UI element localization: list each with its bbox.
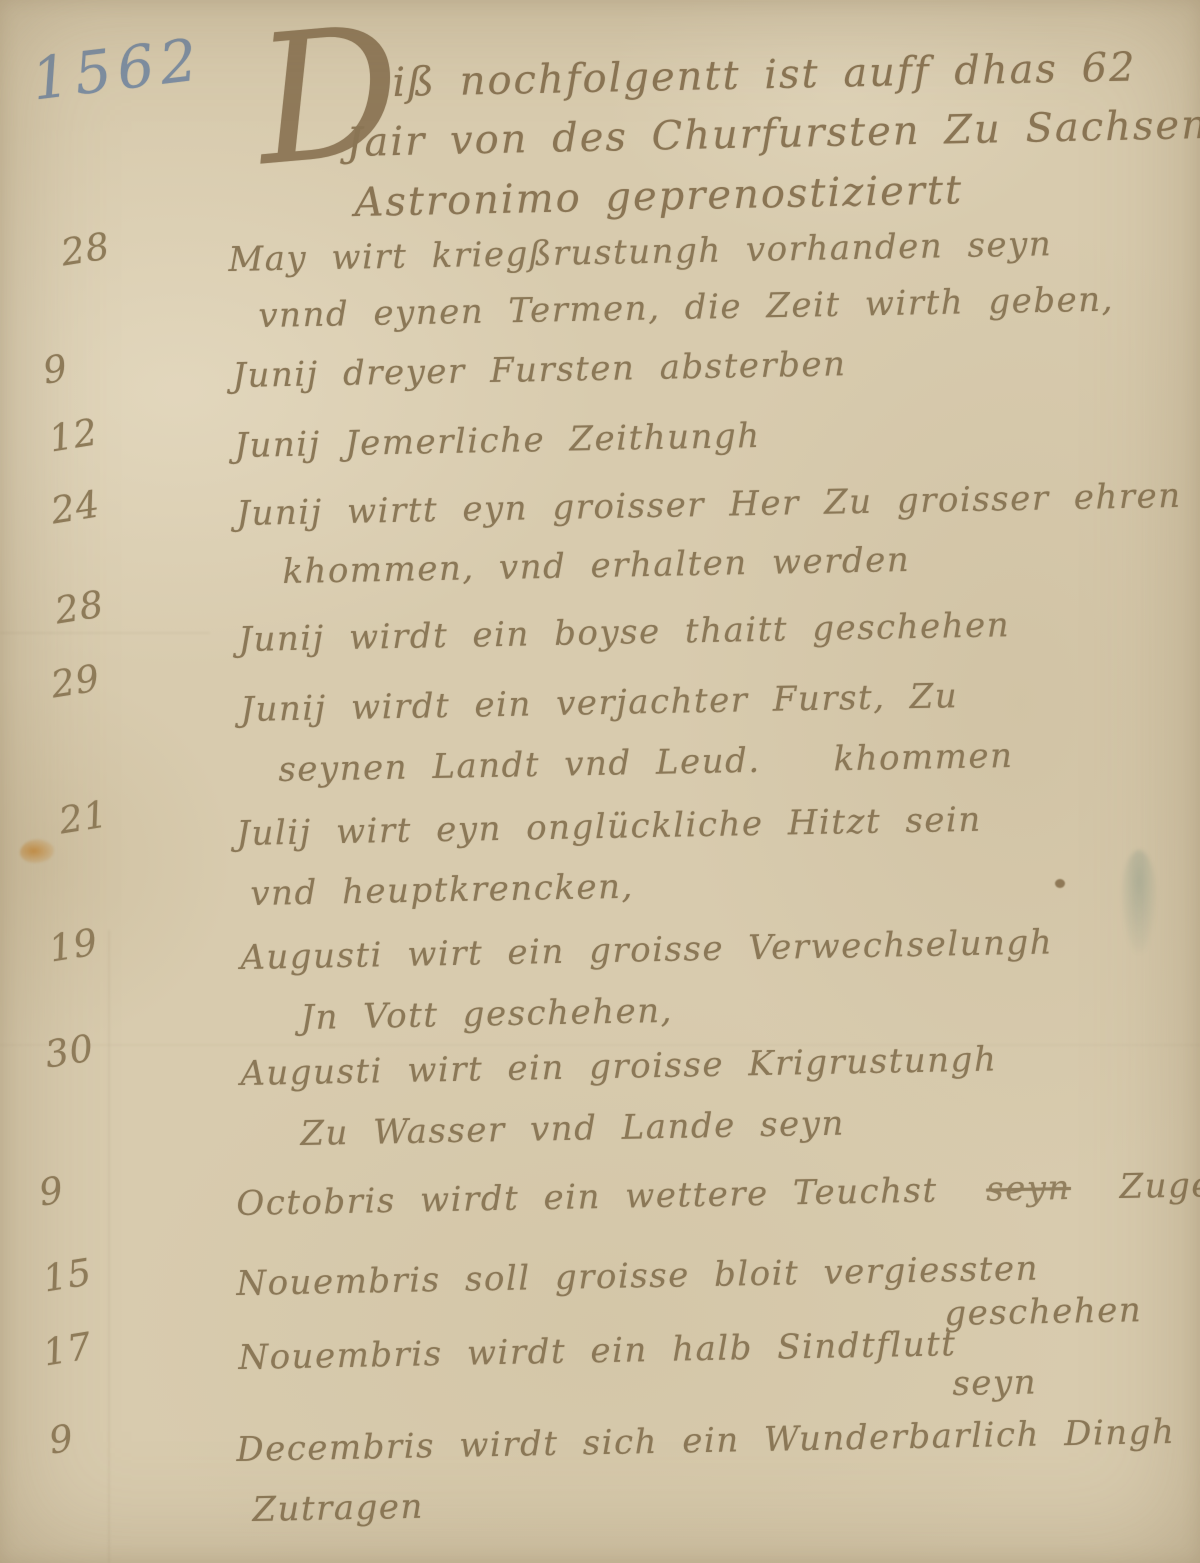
rust-stain [20, 839, 54, 863]
entry-text: Julij wirt eyn onglückliche Hitzt sein [236, 800, 982, 854]
entry-text: Nouembris soll groisse bloit vergiessten [236, 1249, 1039, 1304]
header-line-2: Jair von des Churfursten Zu Sachsenn [346, 101, 1200, 166]
entry-text-2: vnd heuptkrencken, [250, 867, 634, 914]
entry-text: Augusti wirt ein groisse Verwechselungh [240, 922, 1053, 978]
entry-day: 9 [40, 346, 71, 392]
entry-day: 9 [46, 1416, 77, 1462]
entry-text: Junij wirdt ein boyse thaitt geschehen [238, 605, 1010, 660]
entry-text: Augusti wirt ein groisse Krigrustungh [240, 1039, 998, 1094]
fold-crease-left [0, 632, 210, 634]
entry-text-2: khommen, vnd erhalten werden [282, 540, 911, 592]
entry-text-2: Zutragen [252, 1487, 424, 1530]
teal-smudge [1121, 850, 1157, 954]
entry-day: 29 [48, 656, 103, 706]
entry-day: 12 [46, 410, 101, 460]
entry-text-pre: Octobris wirdt ein wettere Teuchst [236, 1171, 938, 1224]
entry-text: Junij dreyer Fursten absterben [232, 344, 847, 396]
entry-text-post: Zugehen [1119, 1164, 1200, 1207]
header-line-3: Astronimo geprenostiziertt [354, 167, 964, 226]
entry-text: Junij wirdt ein verjachter Furst, Zu [240, 676, 959, 730]
manuscript-page: 1562 D iß nochfolgentt ist auff dhas 62 … [0, 0, 1200, 1563]
entry-day: 17 [40, 1324, 95, 1374]
entry-day: 21 [56, 792, 111, 842]
entry-text: May wirt kriegßrustungh vorhanden seyn [228, 224, 1053, 280]
entry-text: Nouembris wirdt ein halb Sindtflutt [238, 1324, 957, 1378]
entry-trailing: seyn [952, 1362, 1037, 1404]
ink-dot [1055, 879, 1065, 888]
entry-text-2: Jn Vott geschehen, [300, 991, 673, 1038]
fold-crease-vertical [108, 930, 110, 1563]
entry-text: Junij Jemerliche Zeithungh [234, 416, 761, 466]
entry-day: 9 [36, 1168, 67, 1214]
year-annotation: 1562 [28, 25, 207, 113]
struck-word: seyn [986, 1168, 1071, 1210]
entry-text-2: vnnd eynen Termen, die Zeit wirth geben, [258, 280, 1114, 336]
entry-day: 24 [48, 482, 103, 532]
entry-day: 15 [40, 1250, 95, 1300]
entry-text-2: Zu Wasser vnd Lande seyn [300, 1104, 845, 1154]
entry-text-2: seynen Landt vnd Leud. khommen [278, 736, 1014, 790]
entry-text: Junij wirtt eyn groisser Her Zu groisser… [236, 476, 1182, 534]
entry-day: 28 [58, 224, 113, 274]
entry-trailing: geschehen [944, 1290, 1143, 1334]
entry-day: 30 [42, 1026, 97, 1076]
entry-text: Decembris wirdt sich ein Wunderbarlich D… [236, 1412, 1176, 1470]
header-line-1: iß nochfolgentt ist auff dhas 62 [392, 44, 1137, 106]
entry-day: 28 [52, 582, 107, 632]
entry-day: 19 [46, 920, 101, 970]
entry-text: Octobris wirdt ein wettere Teuchst seyn … [236, 1164, 1200, 1224]
fold-crease-horizontal [0, 1044, 1200, 1046]
